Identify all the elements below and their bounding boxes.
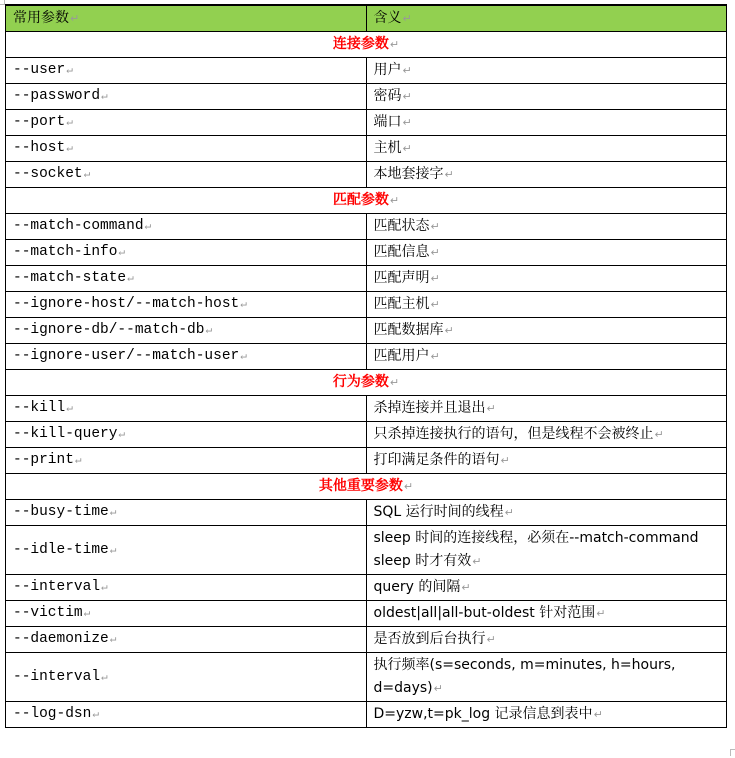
paragraph-mark-icon: ↵ — [390, 376, 399, 389]
paragraph-mark-icon: ↵ — [461, 581, 470, 594]
paragraph-mark-icon: ↵ — [431, 298, 440, 311]
paragraph-mark-icon: ↵ — [118, 247, 125, 259]
paragraph-mark-icon: ↵ — [66, 117, 73, 129]
paragraph-mark-icon: ↵ — [118, 429, 125, 441]
table-row: --password↵ 密码↵ — [6, 84, 727, 110]
meaning-cell: 匹配状态↵ — [366, 214, 727, 240]
table-row: --print↵ 打印满足条件的语句↵ — [6, 448, 727, 474]
param-cell: --idle-time↵ — [6, 526, 367, 575]
meaning-cell: SQL 运行时间的线程↵ — [366, 500, 727, 526]
paragraph-mark-icon: ↵ — [403, 116, 412, 129]
table-row: --user↵ 用户↵ — [6, 58, 727, 84]
meaning-cell: 是否放到后台执行↵ — [366, 627, 727, 653]
param-cell: --log-dsn↵ — [6, 702, 367, 728]
paragraph-mark-icon: ↵ — [101, 582, 108, 594]
paragraph-mark-icon: ↵ — [66, 403, 73, 415]
paragraph-mark-icon: ↵ — [445, 168, 454, 181]
paragraph-mark-icon: ↵ — [487, 402, 496, 415]
header-meaning: 含义↵ — [366, 5, 727, 32]
table-row: --socket↵ 本地套接字↵ — [6, 162, 727, 188]
table-row: --ignore-user/--match-user↵ 匹配用户↵ — [6, 344, 727, 370]
paragraph-mark-icon: ↵ — [445, 324, 454, 337]
section-row-other: 其他重要参数↵ — [6, 474, 727, 500]
meaning-cell: 匹配声明↵ — [366, 266, 727, 292]
section-row-connection: 连接参数↵ — [6, 32, 727, 58]
paragraph-mark-icon: ↵ — [390, 38, 399, 51]
table-row: --idle-time↵ sleep 时间的连接线程，必须在--match-co… — [6, 526, 727, 575]
param-cell: --print↵ — [6, 448, 367, 474]
param-cell: --kill-query↵ — [6, 422, 367, 448]
paragraph-mark-icon: ↵ — [431, 246, 440, 259]
paragraph-mark-icon: ↵ — [501, 454, 510, 467]
section-row-match: 匹配参数↵ — [6, 188, 727, 214]
meaning-cell: 本地套接字↵ — [366, 162, 727, 188]
paragraph-mark-icon: ↵ — [655, 428, 664, 441]
param-cell: --daemonize↵ — [6, 627, 367, 653]
meaning-cell: 匹配主机↵ — [366, 292, 727, 318]
param-cell: --kill↵ — [6, 396, 367, 422]
table-row: --log-dsn↵ D=yzw,t=pk_log 记录信息到表中↵ — [6, 702, 727, 728]
paragraph-mark-icon: ↵ — [431, 350, 440, 363]
paragraph-mark-icon: ↵ — [127, 273, 134, 285]
table-row: --kill↵ 杀掉连接并且退出↵ — [6, 396, 727, 422]
paragraph-mark-icon: ↵ — [92, 709, 99, 721]
paragraph-mark-icon: ↵ — [403, 12, 412, 25]
table-row: --daemonize↵ 是否放到后台执行↵ — [6, 627, 727, 653]
meaning-cell: sleep 时间的连接线程，必须在--match-commandsleep 时才… — [366, 526, 727, 575]
meaning-cell: 端口↵ — [366, 110, 727, 136]
meaning-cell: D=yzw,t=pk_log 记录信息到表中↵ — [366, 702, 727, 728]
meaning-cell: 只杀掉连接执行的语句，但是线程不会被终止↵ — [366, 422, 727, 448]
paragraph-mark-icon: ↵ — [431, 272, 440, 285]
param-cell: --match-info↵ — [6, 240, 367, 266]
section-row-behavior: 行为参数↵ — [6, 370, 727, 396]
meaning-cell: 打印满足条件的语句↵ — [366, 448, 727, 474]
paragraph-mark-icon: ↵ — [487, 633, 496, 646]
paragraph-mark-icon: ↵ — [101, 91, 108, 103]
paragraph-mark-icon: ↵ — [110, 507, 117, 519]
paragraph-mark-icon: ↵ — [75, 455, 82, 467]
paragraph-mark-icon: ↵ — [101, 672, 108, 684]
paragraph-mark-icon: ↵ — [472, 555, 481, 568]
table-row: --kill-query↵ 只杀掉连接执行的语句，但是线程不会被终止↵ — [6, 422, 727, 448]
table-header-row: 常用参数↵ 含义↵ — [6, 5, 727, 32]
param-cell: --user↵ — [6, 58, 367, 84]
section-title: 连接参数 — [333, 36, 389, 52]
meaning-cell: 匹配数据库↵ — [366, 318, 727, 344]
param-cell: --match-state↵ — [6, 266, 367, 292]
paragraph-mark-icon: ↵ — [404, 480, 413, 493]
table-row: --victim↵ oldest|all|all-but-oldest 针对范围… — [6, 601, 727, 627]
paragraph-mark-icon: ↵ — [434, 682, 443, 695]
table-row: --busy-time↵ SQL 运行时间的线程↵ — [6, 500, 727, 526]
table-row: --interval↵ 执行频率(s=seconds, m=minutes, h… — [6, 653, 727, 702]
paragraph-mark-icon: ↵ — [205, 325, 212, 337]
meaning-cell: 用户↵ — [366, 58, 727, 84]
paragraph-mark-icon: ↵ — [596, 607, 605, 620]
param-cell: --busy-time↵ — [6, 500, 367, 526]
paragraph-mark-icon: ↵ — [145, 221, 152, 233]
meaning-cell: 杀掉连接并且退出↵ — [366, 396, 727, 422]
page-corner-mark — [730, 749, 735, 756]
table-row: --ignore-db/--match-db↵ 匹配数据库↵ — [6, 318, 727, 344]
meaning-cell: 执行频率(s=seconds, m=minutes, h=hours,d=day… — [366, 653, 727, 702]
param-cell: --socket↵ — [6, 162, 367, 188]
param-cell: --interval↵ — [6, 575, 367, 601]
paragraph-mark-icon: ↵ — [110, 545, 117, 557]
header-param: 常用参数↵ — [6, 5, 367, 32]
table-row: --match-info↵ 匹配信息↵ — [6, 240, 727, 266]
section-title: 匹配参数 — [333, 192, 389, 208]
meaning-cell: 主机↵ — [366, 136, 727, 162]
meaning-cell: 匹配用户↵ — [366, 344, 727, 370]
paragraph-mark-icon: ↵ — [594, 708, 603, 721]
table-row: --match-state↵ 匹配声明↵ — [6, 266, 727, 292]
paragraph-mark-icon: ↵ — [240, 351, 247, 363]
table-row: --match-command↵ 匹配状态↵ — [6, 214, 727, 240]
paragraph-mark-icon: ↵ — [403, 90, 412, 103]
meaning-cell: 密码↵ — [366, 84, 727, 110]
paragraph-mark-icon: ↵ — [110, 634, 117, 646]
param-cell: --interval↵ — [6, 653, 367, 702]
parameters-table: 常用参数↵ 含义↵ 连接参数↵ --user↵ 用户↵ --password↵ … — [5, 4, 727, 728]
paragraph-mark-icon: ↵ — [403, 142, 412, 155]
param-cell: --password↵ — [6, 84, 367, 110]
paragraph-mark-icon: ↵ — [84, 169, 91, 181]
table-row: --interval↵ query 的间隔↵ — [6, 575, 727, 601]
paragraph-mark-icon: ↵ — [431, 220, 440, 233]
paragraph-mark-icon: ↵ — [240, 299, 247, 311]
paragraph-mark-icon: ↵ — [403, 64, 412, 77]
table-row: --port↵ 端口↵ — [6, 110, 727, 136]
meaning-cell: 匹配信息↵ — [366, 240, 727, 266]
param-cell: --ignore-db/--match-db↵ — [6, 318, 367, 344]
meaning-cell: oldest|all|all-but-oldest 针对范围↵ — [366, 601, 727, 627]
paragraph-mark-icon: ↵ — [70, 12, 79, 25]
param-cell: --ignore-host/--match-host↵ — [6, 292, 367, 318]
paragraph-mark-icon: ↵ — [66, 65, 73, 77]
param-cell: --host↵ — [6, 136, 367, 162]
meaning-cell: query 的间隔↵ — [366, 575, 727, 601]
table-row: --ignore-host/--match-host↵ 匹配主机↵ — [6, 292, 727, 318]
param-cell: --match-command↵ — [6, 214, 367, 240]
section-title: 其他重要参数 — [319, 478, 403, 494]
section-title: 行为参数 — [333, 374, 389, 390]
param-cell: --victim↵ — [6, 601, 367, 627]
paragraph-mark-icon: ↵ — [66, 143, 73, 155]
paragraph-mark-icon: ↵ — [505, 506, 514, 519]
table-row: --host↵ 主机↵ — [6, 136, 727, 162]
param-cell: --ignore-user/--match-user↵ — [6, 344, 367, 370]
paragraph-mark-icon: ↵ — [390, 194, 399, 207]
paragraph-mark-icon: ↵ — [84, 608, 91, 620]
param-cell: --port↵ — [6, 110, 367, 136]
